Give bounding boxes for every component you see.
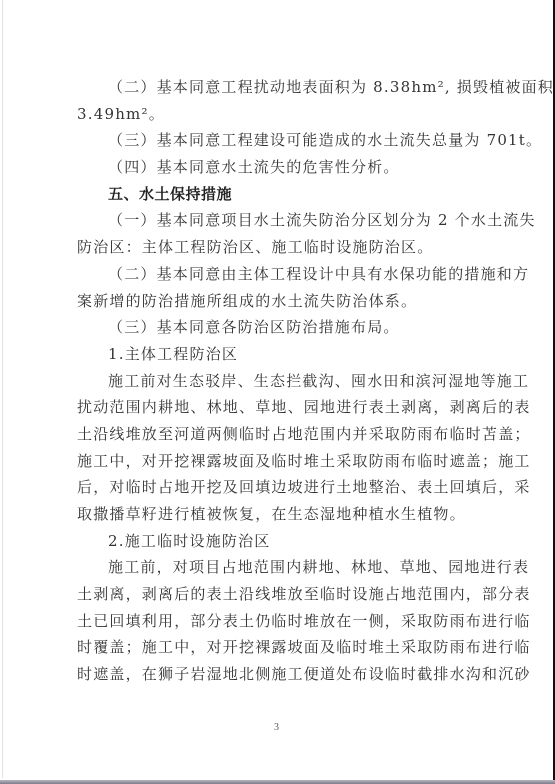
document-body: （二）基本同意工程扰动地表面积为 8.38hm², 损毁植被面积 3.49hm²… xyxy=(77,74,511,688)
item-3-soil-loss-total: （三）基本同意工程建设可能造成的水土流失总量为 701t。 xyxy=(77,127,511,154)
document-page: （二）基本同意工程扰动地表面积为 8.38hm², 损毁植被面积 3.49hm²… xyxy=(0,0,555,784)
main-works-paragraph-line: 后，对临时占地开挖及回填边坡进行土地整治、表土回填后，采 xyxy=(77,474,511,501)
item-2-disturbed-area: （二）基本同意工程扰动地表面积为 8.38hm², 损毁植被面积 xyxy=(77,74,511,101)
main-works-paragraph-line: 扰动范围内耕地、林地、草地、园地进行表土剥离，剥离后的表 xyxy=(77,394,511,421)
temporary-facilities-paragraph-line: 时遮盖，在狮子岩湿地北侧施工便道处布设临时截排水沟和沉砂 xyxy=(77,661,511,688)
item-4-hazard-analysis: （四）基本同意水土流失的危害性分析。 xyxy=(77,154,511,181)
temporary-facilities-paragraph-line: 土已回填利用，部分表土仍临时堆放在一侧，采取防雨布进行临 xyxy=(77,608,511,635)
measures-item-1-continued: 防治区：主体工程防治区、施工临时设施防治区。 xyxy=(77,234,511,261)
temporary-facilities-paragraph-line: 土剥离，剥离后的表土沿线堆放至临时设施占地范围内，部分表 xyxy=(77,581,511,608)
main-works-paragraph-line: 土沿线堆放至河道两侧临时占地范围内并采取防雨布临时苫盖； xyxy=(77,421,511,448)
measures-item-2-continued: 案新增的防治措施所组成的水土流失防治体系。 xyxy=(77,288,511,315)
temporary-facilities-paragraph-line: 施工前，对项目占地范围内耕地、林地、草地、园地进行表 xyxy=(77,554,511,581)
subheading-temporary-facilities-zone: 2.施工临时设施防治区 xyxy=(77,528,511,555)
measures-item-3: （三）基本同意各防治区防治措施布局。 xyxy=(77,314,511,341)
main-works-paragraph-line: 施工前对生态驳岸、生态拦截沟、囤水田和滨河湿地等施工 xyxy=(77,368,511,395)
item-2-continued: 3.49hm²。 xyxy=(77,101,511,128)
temporary-facilities-paragraph-line: 时覆盖；施工中，对开挖裸露坡面及临时堆土采取防雨布进行临 xyxy=(77,634,511,661)
section-heading-measures: 五、水土保持措施 xyxy=(77,181,511,208)
page-bottom-edge xyxy=(0,780,555,784)
measures-item-2: （二）基本同意由主体工程设计中具有水保功能的措施和方 xyxy=(77,261,511,288)
main-works-paragraph-line: 取撒播草籽进行植被恢复，在生态湿地种植水生植物。 xyxy=(77,501,511,528)
page-left-edge xyxy=(2,0,3,778)
page-number: 3 xyxy=(274,722,279,733)
measures-item-1: （一）基本同意项目水土流失防治分区划分为 2 个水土流失 xyxy=(77,207,511,234)
main-works-paragraph-line: 施工中，对开挖裸露坡面及临时堆土采取防雨布临时遮盖；施工 xyxy=(77,448,511,475)
subheading-main-works-zone: 1.主体工程防治区 xyxy=(77,341,511,368)
